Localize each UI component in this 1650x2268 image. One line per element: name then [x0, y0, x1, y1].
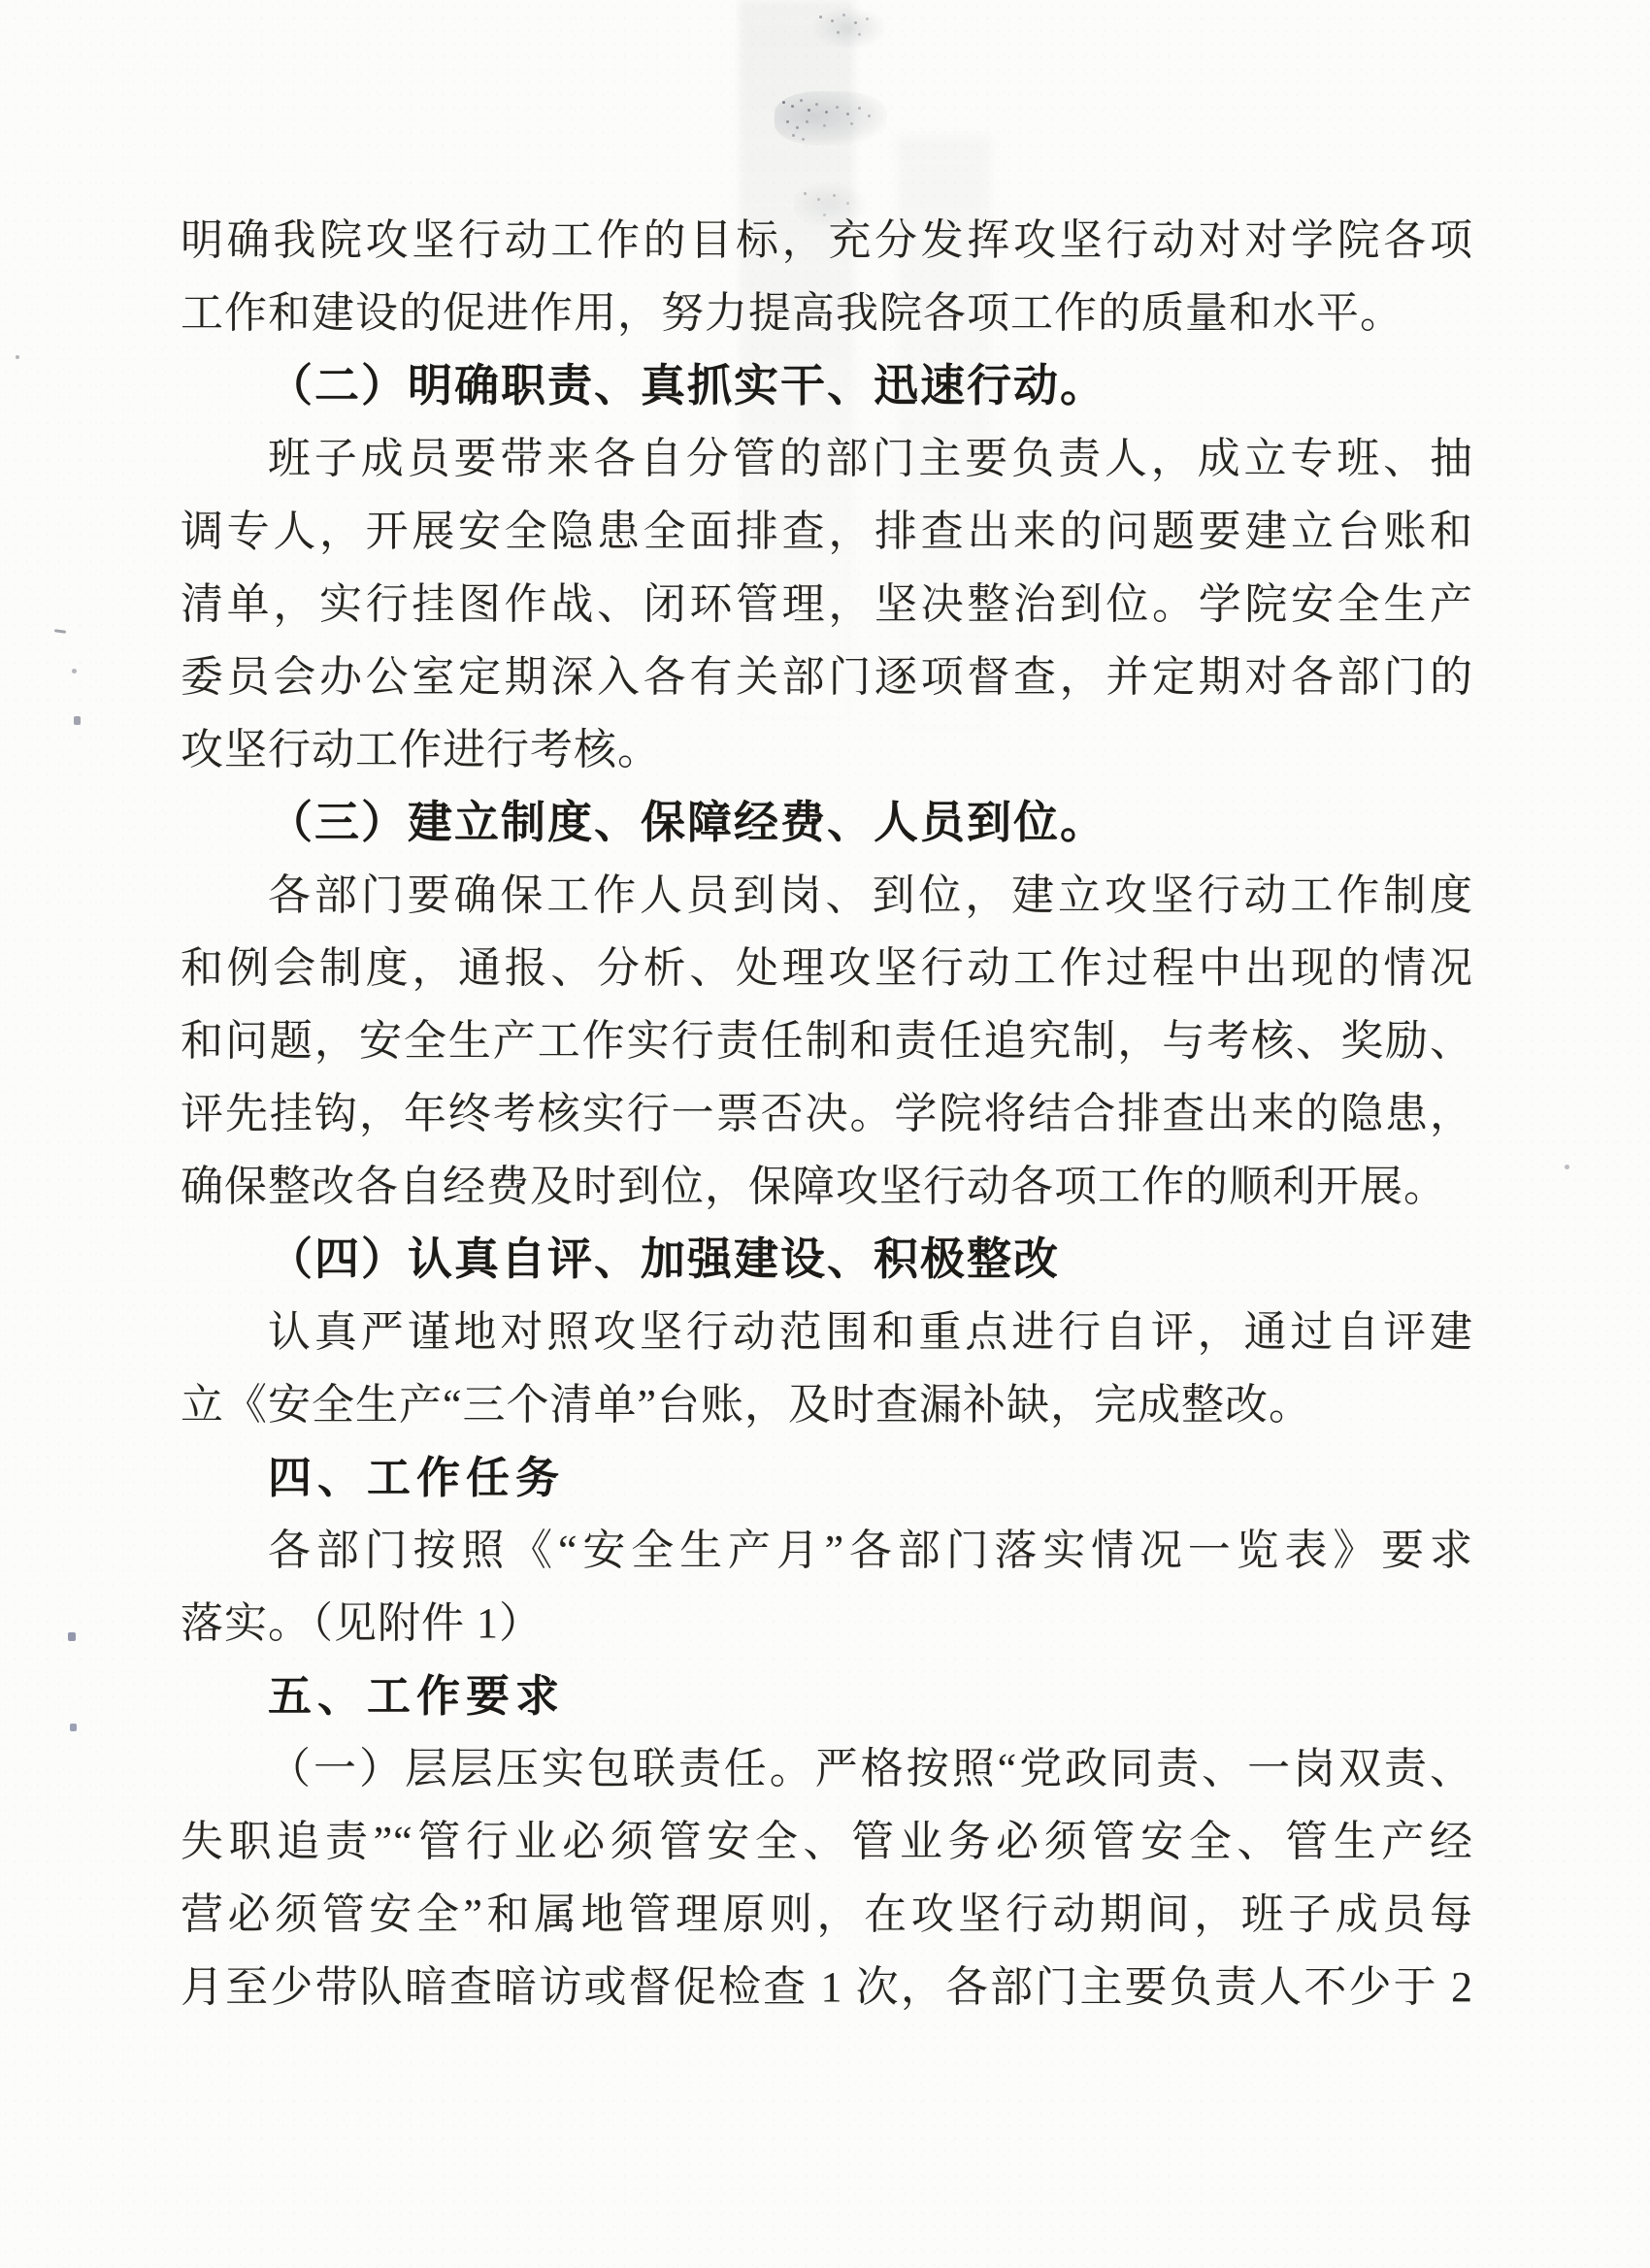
- scan-smudge: [813, 8, 885, 49]
- document-page: 明确我院攻坚行动工作的目标，充分发挥攻坚行动对对学院各项工作和建设的促进作用，努…: [0, 0, 1650, 2268]
- subheading-line: （三）建立制度、保障经费、人员到位。: [181, 786, 1473, 859]
- text-line: 确保整改各自经费及时到位，保障攻坚行动各项工作的顺利开展。: [181, 1150, 1473, 1223]
- subheading-line: （二）明确职责、真抓实干、迅速行动。: [181, 349, 1473, 422]
- scan-speck: [68, 1632, 76, 1641]
- text-line: 各部门按照《“安全生产月”各部门落实情况一览表》要求: [181, 1514, 1473, 1587]
- text-line: 落实。（见附件 1）: [181, 1587, 1473, 1660]
- scan-smudge: [775, 91, 887, 146]
- scan-speck: [70, 1724, 77, 1731]
- scan-speck: [74, 716, 81, 725]
- text-line: 攻坚行动工作进行考核。: [181, 713, 1473, 786]
- text-line: 工作和建设的促进作用，努力提高我院各项工作的质量和水平。: [181, 277, 1473, 349]
- heading-line: 四、工作任务: [181, 1441, 1473, 1514]
- scan-speck: [16, 355, 19, 359]
- text-line: 明确我院攻坚行动工作的目标，充分发挥攻坚行动对对学院各项: [181, 204, 1473, 277]
- text-line: 月至少带队暗查暗访或督促检查 1 次，各部门主要负责人不少于 2: [181, 1951, 1473, 2023]
- text-line: 营必须管安全”和属地管理原则，在攻坚行动期间，班子成员每: [181, 1878, 1473, 1951]
- text-line: 清单，实行挂图作战、闭环管理，坚决整治到位。学院安全生产: [181, 568, 1473, 641]
- heading-line: 五、工作要求: [181, 1660, 1473, 1732]
- text-line: 和例会制度，通报、分析、处理攻坚行动工作过程中出现的情况: [181, 932, 1473, 1004]
- text-line: 委员会办公室定期深入各有关部门逐项督查，并定期对各部门的: [181, 641, 1473, 713]
- text-line: 各部门要确保工作人员到岗、到位，建立攻坚行动工作制度: [181, 859, 1473, 932]
- scan-speck: [72, 669, 77, 674]
- text-line: 评先挂钩，年终考核实行一票否决。学院将结合排查出来的隐患，: [181, 1077, 1473, 1150]
- text-line: 认真严谨地对照攻坚行动范围和重点进行自评，通过自评建: [181, 1296, 1473, 1368]
- subheading-line: （四）认真自评、加强建设、积极整改: [181, 1223, 1473, 1296]
- text-line: 班子成员要带来各自分管的部门主要负责人，成立专班、抽: [181, 422, 1473, 495]
- text-line: 和问题，安全生产工作实行责任制和责任追究制，与考核、奖励、: [181, 1004, 1473, 1077]
- text-line: 调专人，开展安全隐患全面排查，排查出来的问题要建立台账和: [181, 495, 1473, 568]
- scan-speck: [54, 629, 66, 634]
- text-line: （一）层层压实包联责任。严格按照“党政同责、一岗双责、: [181, 1732, 1473, 1805]
- document-content: 明确我院攻坚行动工作的目标，充分发挥攻坚行动对对学院各项工作和建设的促进作用，努…: [181, 204, 1473, 2023]
- text-line: 失职追责”“管行业必须管安全、管业务必须管安全、管生产经: [181, 1805, 1473, 1878]
- scan-speck: [1565, 1165, 1569, 1169]
- text-line: 立《安全生产“三个清单”台账，及时查漏补缺，完成整改。: [181, 1368, 1473, 1441]
